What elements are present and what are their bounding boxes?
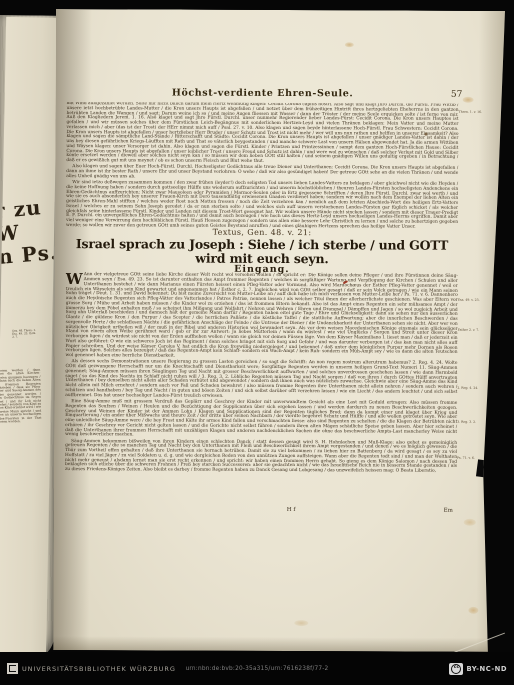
license-badge: cc BY-NC-ND xyxy=(449,663,507,675)
library-brand: UNIVERSITÄTSBIBLIOTHEK WÜRZBURG xyxy=(7,663,176,674)
margin-note: Esa. 49. v. 23. xyxy=(458,299,486,303)
paragraph: Wir sind ietzo deßwegen zusammen kommen … xyxy=(66,181,458,230)
margin-note: Esther 2. v. 7. xyxy=(458,329,486,333)
drop-cap: W xyxy=(66,273,84,286)
quire-signature: H f xyxy=(287,507,296,513)
page-edge-tear xyxy=(476,459,486,477)
paragraph: Säug-Ammen bekommen bißweilen von ihren … xyxy=(65,440,457,475)
paragraph: Als dessen sechs Demonstrationen unsere … xyxy=(65,360,457,400)
library-logo-icon xyxy=(7,663,18,674)
running-header: Höchst-verdiente Ehren-Seule. xyxy=(67,87,459,100)
previous-page-leaf: r zu W n Ps. Gen. 48. Thren. 1. Esa. 49.… xyxy=(0,17,58,654)
viewer-footer-bar: UNIVERSITÄTSBIBLIOTHEK WÜRZBURG urn:nbn:… xyxy=(0,652,514,685)
foxing-stain xyxy=(294,620,308,626)
book-page: Höchst-verdiente Ehren-Seule. 57 mit Win… xyxy=(53,9,505,652)
body-text-block: mit Wind außgezahlet werden. Solte mir n… xyxy=(65,102,459,476)
license-label: BY-NC-ND xyxy=(466,665,507,673)
foxing-stain xyxy=(345,42,354,47)
signature-row: H f Em xyxy=(65,506,457,516)
verse-heading: Israel sprach zu Joseph : Siehe / ich st… xyxy=(66,237,458,267)
margin-note: 2. Reg. 4. 24. xyxy=(457,387,485,391)
catchword: Em xyxy=(444,508,453,514)
page-number: 57 xyxy=(444,90,470,100)
book-page-edges: r zu W n Ps. Gen. 48. Thren. 1. Esa. 49.… xyxy=(0,15,62,661)
paragraph: mit Wind außgezahlet werden. Solte mir n… xyxy=(66,102,458,165)
margin-note: Thren. 1. v. 16. xyxy=(459,111,487,115)
paragraph-text: Ann der vielgetreue GOtt seine liebe Kir… xyxy=(65,272,457,358)
library-name: UNIVERSITÄTSBIBLIOTHEK WÜRZBURG xyxy=(22,665,176,673)
paragraph: Also klagen und sagen über Euer Hoch-Für… xyxy=(66,165,458,181)
urn-identifier: urn:nbn:de:bvb:20-35a315/urn:7616238f/77… xyxy=(186,666,329,672)
previous-page-heading-fragment: r zu W n Ps. xyxy=(0,195,58,269)
paragraph: Eine Säug-Amme muß mit grossem Verdruß d… xyxy=(65,400,457,440)
foxing-stain xyxy=(464,519,476,526)
page-bottom-edge-shadow xyxy=(53,636,502,652)
margin-note: 3. Reg. 3. 2. xyxy=(457,421,485,425)
previous-page-margin-block: Gen. 48. Thren. 1. Esa. 49. 23. Esth. 2.… xyxy=(12,329,36,339)
previous-page-text-fragment: gepriesen werden / dann solches die alte… xyxy=(0,369,42,425)
cc-icon: cc xyxy=(449,663,463,675)
scan-viewport: r zu W n Ps. Gen. 48. Thren. 1. Esa. 49.… xyxy=(0,0,514,685)
paragraph: WAnn der vielgetreue GOtt seine liebe Ki… xyxy=(65,273,457,360)
